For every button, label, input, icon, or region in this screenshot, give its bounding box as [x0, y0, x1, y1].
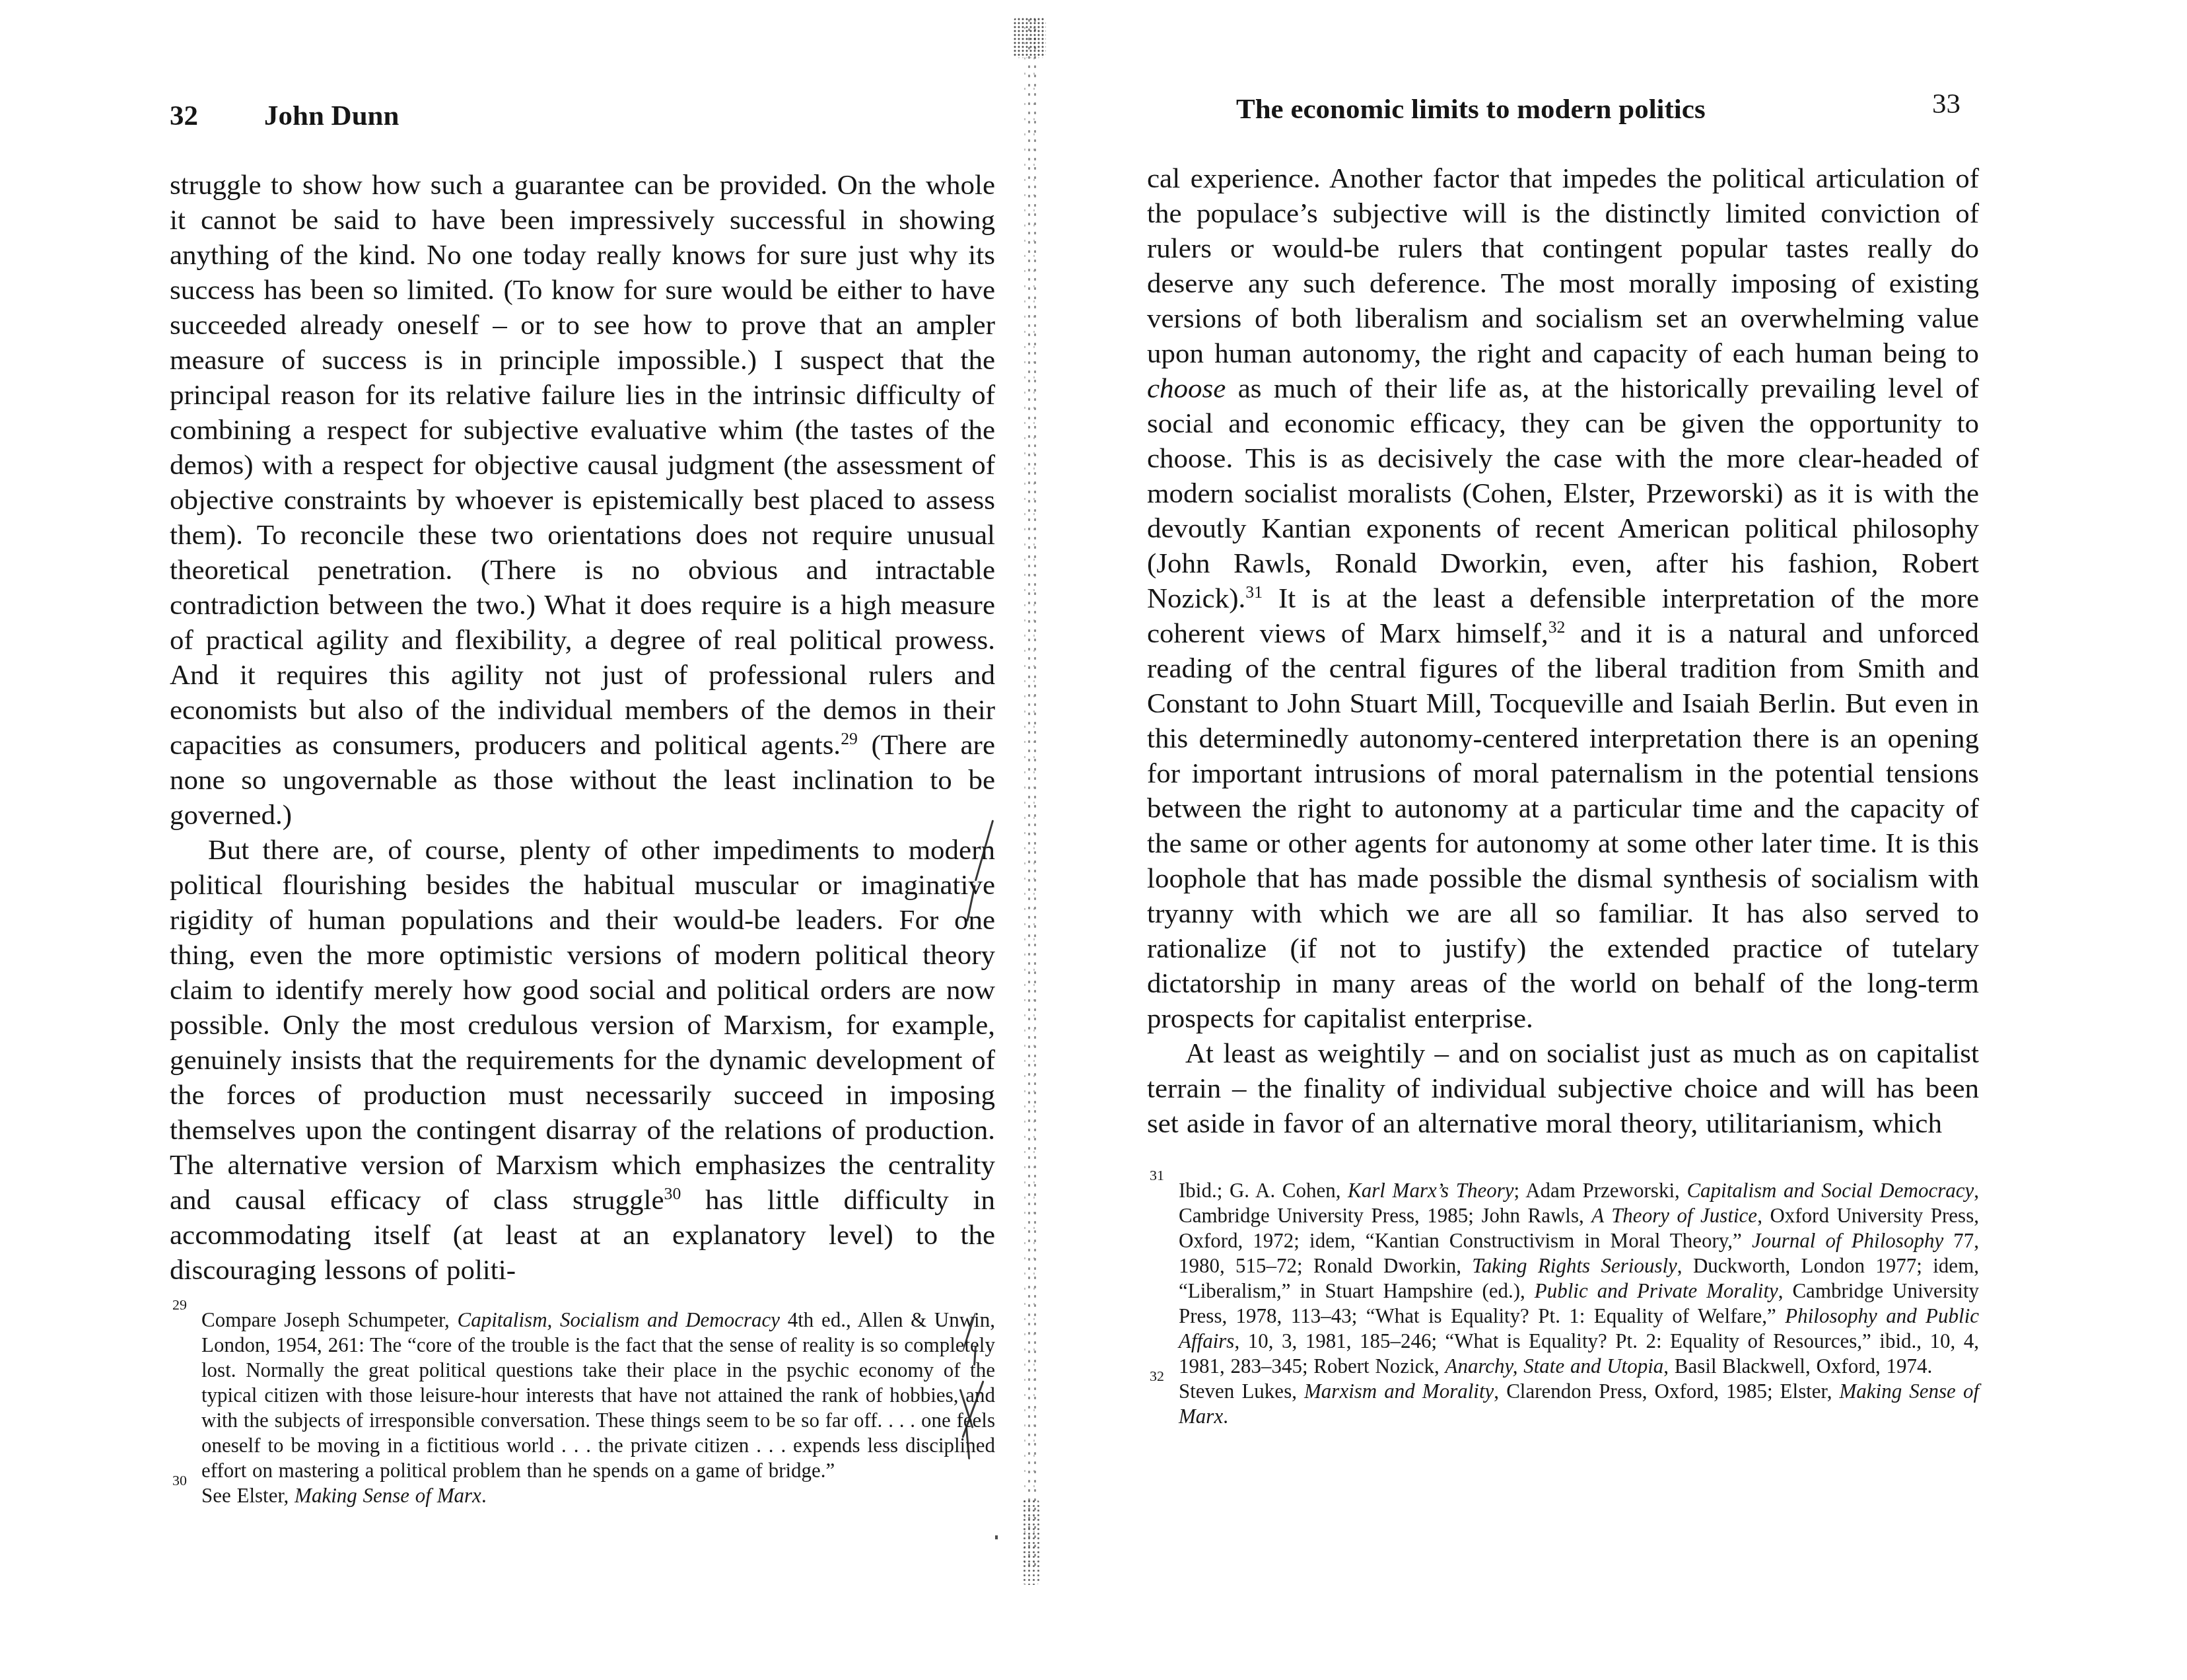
scan-speck: [995, 1535, 998, 1539]
right-paragraph-1: cal experience. Another factor that impe…: [1147, 161, 1979, 1036]
left-running-head-author: John Dunn: [264, 100, 399, 131]
left-footnotes: 29 Compare Joseph Schumpeter, Capitalism…: [170, 1308, 995, 1508]
right-footnotes: 31 Ibid.; G. A. Cohen, Karl Marx’s Theor…: [1147, 1178, 1979, 1429]
footnote-29-text: Compare Joseph Schumpeter, Capitalism, S…: [201, 1308, 995, 1482]
right-running-head-title: The economic limits to modern politics: [1236, 92, 1706, 127]
left-paragraph-2: But there are, of course, plenty of othe…: [170, 833, 995, 1288]
left-running-head: 32John Dunn: [170, 99, 995, 133]
right-page-number: 33: [1932, 87, 1961, 122]
footnote-30-text: See Elster, Making Sense of Marx.: [201, 1484, 487, 1507]
right-paragraph-2: At least as weightily – and on socialist…: [1147, 1036, 1979, 1141]
right-body-text: cal experience. Another factor that impe…: [1147, 161, 1979, 1141]
footnote-32-text: Steven Lukes, Marxism and Morality, Clar…: [1179, 1380, 1979, 1428]
gutter-speckle-top-blob: [1013, 17, 1046, 58]
footnote-31-text: Ibid.; G. A. Cohen, Karl Marx’s Theory; …: [1179, 1179, 1979, 1378]
footnote-30: 30 See Elster, Making Sense of Marx.: [170, 1483, 995, 1508]
right-running-head: The economic limits to modern politics 3…: [1147, 92, 1979, 129]
left-paragraph-1: struggle to show how such a guarantee ca…: [170, 168, 995, 833]
footnote-29: 29 Compare Joseph Schumpeter, Capitalism…: [170, 1308, 995, 1483]
left-page-number: 32: [170, 99, 198, 133]
left-page: 32John Dunn struggle to show how such a …: [170, 99, 995, 1508]
gutter-binding-speckle: [1024, 16, 1037, 1572]
gutter-speckle-bottom-blob: [1022, 1499, 1039, 1585]
footnote-32: 32 Steven Lukes, Marxism and Morality, C…: [1147, 1379, 1979, 1429]
right-page: The economic limits to modern politics 3…: [1147, 92, 1979, 1429]
left-body-text: struggle to show how such a guarantee ca…: [170, 168, 995, 1288]
book-scan-spread: 32John Dunn struggle to show how such a …: [0, 0, 2187, 1680]
footnote-31: 31 Ibid.; G. A. Cohen, Karl Marx’s Theor…: [1147, 1178, 1979, 1379]
